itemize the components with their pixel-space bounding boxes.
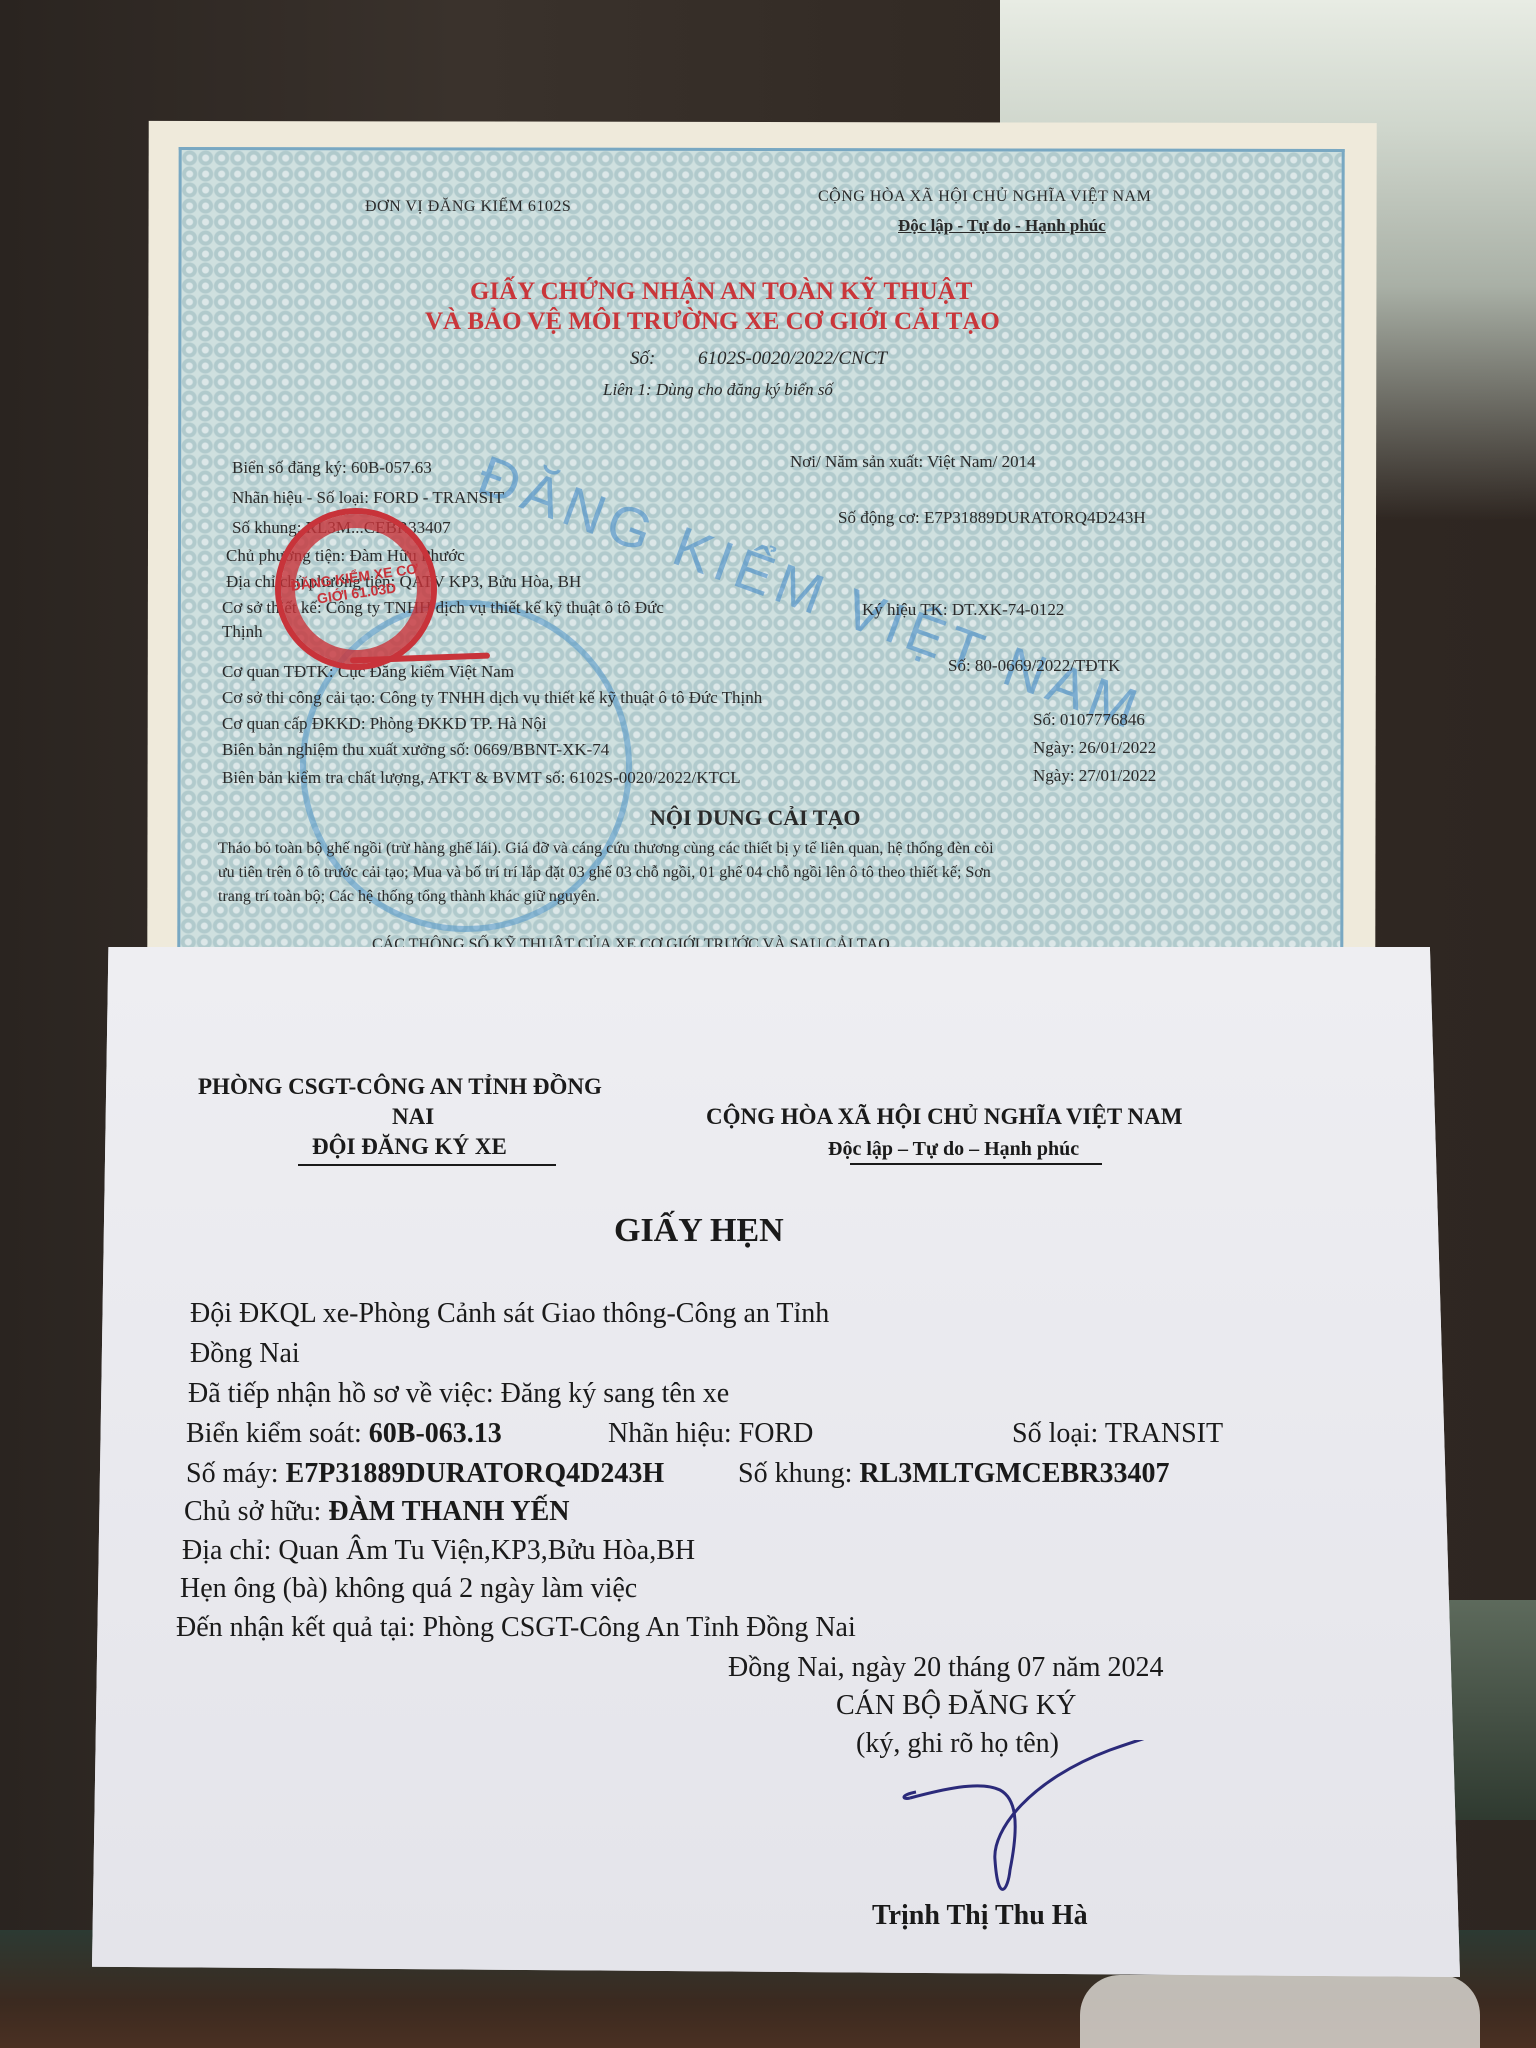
brand-label: Nhãn hiệu: xyxy=(608,1418,732,1449)
cert-title-line1: GIẤY CHỨNG NHẬN AN TOÀN KỸ THUẬT xyxy=(470,278,972,306)
cert-design-code: Ký hiệu TK: DT.XK-74-0122 xyxy=(862,600,1064,620)
modification-text-line1: Tháo bỏ toàn bộ ghế ngồi (trừ hàng ghế l… xyxy=(218,840,994,858)
model-label: Số loại: xyxy=(1012,1418,1098,1449)
office-line3: ĐỘI ĐĂNG KÝ XE xyxy=(312,1134,507,1160)
modification-text-line3: trang trí toàn bộ; Các hệ thống tổng thà… xyxy=(218,888,600,906)
plate-value: 60B-063.13 xyxy=(369,1418,502,1449)
pickup-line: Đến nhận kết quả tại: Phòng CSGT-Công An… xyxy=(176,1612,856,1644)
cert-nation: CỘNG HÒA XÃ HỘI CHỦ NGHĨA VIỆT NAM xyxy=(818,188,1151,206)
cert-origin: Nơi/ Năm sản xuất: Việt Nam/ 2014 xyxy=(790,452,1036,472)
signer-name: Trịnh Thị Thu Hà xyxy=(872,1900,1088,1932)
cert-inspection-date: Ngày: 27/01/2022 xyxy=(1033,766,1156,786)
model-value: TRANSIT xyxy=(1105,1418,1223,1449)
office-line2: NAI xyxy=(392,1104,434,1130)
slip-title: GIẤY HẸN xyxy=(614,1212,784,1250)
deadline-line: Hẹn ông (bà) không quá 2 ngày làm việc xyxy=(180,1573,637,1605)
cert-plate: Biển số đăng ký: 60B-057.63 xyxy=(232,458,432,478)
modification-heading: NỘI DUNG CẢI TẠO xyxy=(650,805,860,831)
cert-title-line2: VÀ BẢO VỆ MÔI TRƯỜNG XE CƠ GIỚI CẢI TẠO xyxy=(425,308,1000,336)
cert-number: 6102S-0020/2022/CNCT xyxy=(698,348,887,370)
cert-builder: Cơ sở thi công cải tạo: Công ty TNHH dịc… xyxy=(222,688,762,708)
cert-business-reg-no: Số: 0107776846 xyxy=(1033,710,1145,730)
chassis-label: Số khung: xyxy=(738,1458,852,1489)
slip-motto: Độc lập – Tự do – Hạnh phúc xyxy=(828,1138,1079,1161)
brand-value: FORD xyxy=(739,1418,814,1449)
shoe-background xyxy=(1080,1975,1480,2048)
office-underline xyxy=(298,1164,556,1166)
owner-label: Chủ sở hữu: xyxy=(184,1496,321,1527)
signer-title: CÁN BỘ ĐĂNG KÝ xyxy=(836,1690,1076,1722)
cert-acceptance: Biên bản nghiệm thu xuất xưởng số: 0669/… xyxy=(222,740,609,760)
cert-number-label: Số: xyxy=(630,348,655,370)
slip-nation: CỘNG HÒA XÃ HỘI CHỦ NGHĨA VIỆT NAM xyxy=(706,1104,1182,1130)
cert-inspection: Biên bản kiểm tra chất lượng, ATKT & BVM… xyxy=(222,768,741,788)
cert-acceptance-date: Ngày: 26/01/2022 xyxy=(1033,738,1156,758)
chassis-value: RL3MLTGMCEBR33407 xyxy=(859,1458,1169,1489)
cert-motto: Độc lập - Tự do - Hạnh phúc xyxy=(898,216,1106,236)
cert-engine: Số động cơ: E7P31889DURATORQ4D243H xyxy=(838,508,1146,528)
issue-date: Đồng Nai, ngày 20 tháng 07 năm 2024 xyxy=(728,1652,1164,1684)
motto-underline xyxy=(850,1163,1102,1165)
cert-copy: Liên 1: Dùng cho đăng ký biển số xyxy=(603,380,833,400)
cert-brand-model: Nhãn hiệu - Số loại: FORD - TRANSIT xyxy=(232,488,504,508)
owner-address: Địa chỉ: Quan Âm Tu Viện,KP3,Bửu Hòa,BH xyxy=(182,1535,695,1567)
plate-label: Biển kiểm soát: xyxy=(186,1418,362,1449)
issuer-line2: Đồng Nai xyxy=(190,1338,300,1370)
cert-business-reg: Cơ quan cấp ĐKKD: Phòng ĐKKD TP. Hà Nội xyxy=(222,714,547,734)
stamp-text: ĐĂNG KIỂM XE CƠ GIỚI 61.03D xyxy=(279,559,432,612)
engine-label: Số máy: xyxy=(186,1458,279,1489)
issuer-line1: Đội ĐKQL xe-Phòng Cảnh sát Giao thông-Cô… xyxy=(190,1298,829,1330)
engine-value: E7P31889DURATORQ4D243H xyxy=(286,1458,665,1489)
owner-value: ĐÀM THANH YẾN xyxy=(328,1496,569,1527)
cert-unit: ĐƠN VỊ ĐĂNG KIỂM 6102S xyxy=(365,198,571,216)
cert-design-firm-cont: Thịnh xyxy=(222,622,263,642)
cert-approval-no: Số: 80-0669/2022/TĐTK xyxy=(948,656,1120,676)
office-line1: PHÒNG CSGT-CÔNG AN TỈNH ĐỒNG xyxy=(198,1074,602,1100)
received-line: Đã tiếp nhận hồ sơ về việc: Đăng ký sang… xyxy=(188,1378,729,1410)
modification-text-line2: ưu tiên trên ô tô trước cải tạo; Mua và … xyxy=(218,864,991,882)
